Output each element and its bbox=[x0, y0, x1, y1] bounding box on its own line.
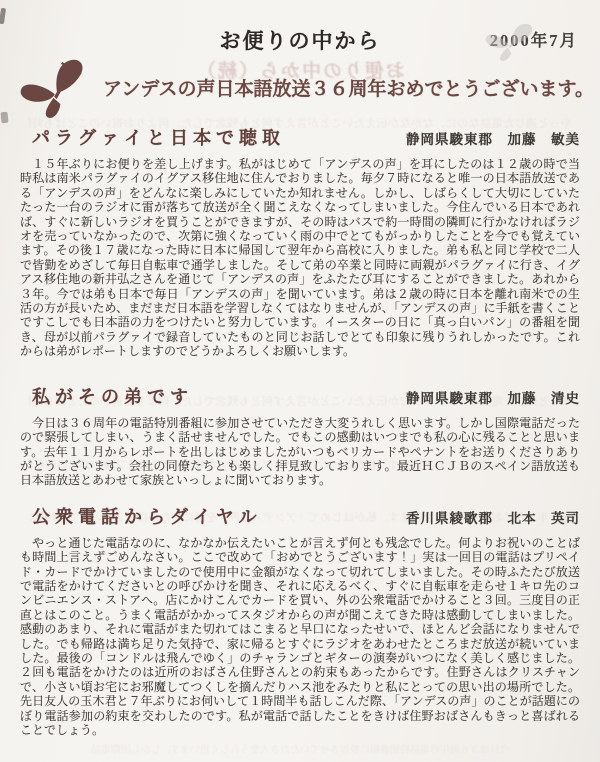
letter-body: １５年ぶりにお便りを差し上げます。私がはじめて「アンデスの声」を耳にしたのは１２… bbox=[20, 157, 580, 359]
letters-content: パラグァイと日本で聴取 静岡県駿東郡 加藤 敏美 １５年ぶりにお便りを差し上げま… bbox=[20, 124, 580, 737]
section-heading-row: 私がその弟です 静岡県駿東郡 加藤 清史 bbox=[20, 383, 580, 409]
scanned-newsletter-page: お便りの中から（続） やっと通じた電話なのに、なかなか伝えたいことが言えず何とも… bbox=[0, 0, 600, 762]
letter-section-3: 公衆電話からダイヤル 香川県綾歌郡 北本 英司 やっと通じた電話なのに、なかなか… bbox=[20, 503, 580, 738]
letter-section-2: 私がその弟です 静岡県駿東郡 加藤 清史 今日は３６周年の電話特別番組に参加させ… bbox=[20, 383, 580, 488]
section-title: パラグァイと日本で聴取 bbox=[32, 124, 285, 150]
scan-artifact bbox=[0, 8, 6, 25]
section-heading-row: パラグァイと日本で聴取 静岡県駿東郡 加藤 敏美 bbox=[20, 124, 580, 150]
section-author: 香川県綾歌郡 北本 英司 bbox=[406, 507, 580, 527]
section-title: 公衆電話からダイヤル bbox=[32, 503, 261, 529]
letter-body: やっと通じた電話なのに、なかなか伝えたいことが言えず何とも残念でした。何よりお祝… bbox=[20, 536, 580, 738]
butterfly-icon bbox=[16, 57, 96, 119]
anniversary-headline: アンデスの声日本語放送３６周年おめでとうございます。 bbox=[103, 74, 594, 101]
headline-row: アンデスの声日本語放送３６周年おめでとうございます。 bbox=[16, 56, 590, 118]
section-heading-row: 公衆電話からダイヤル 香川県綾歌郡 北本 英司 bbox=[20, 503, 580, 529]
section-author: 静岡県駿東郡 加藤 敏美 bbox=[406, 128, 580, 148]
section-author: 静岡県駿東郡 加藤 清史 bbox=[406, 387, 580, 407]
bleed-through-line: 今日は３６周年の電話特別番組に参加させていただき大変うれしく思います。しかし国際… bbox=[90, 744, 510, 757]
letter-section-1: パラグァイと日本で聴取 静岡県駿東郡 加藤 敏美 １５年ぶりにお便りを差し上げま… bbox=[20, 124, 580, 359]
section-title: 私がその弟です bbox=[32, 383, 193, 409]
scan-artifact bbox=[0, 112, 8, 124]
letter-body: 今日は３６周年の電話特別番組に参加させていただき大変うれしく思います。しかし国際… bbox=[20, 416, 580, 488]
